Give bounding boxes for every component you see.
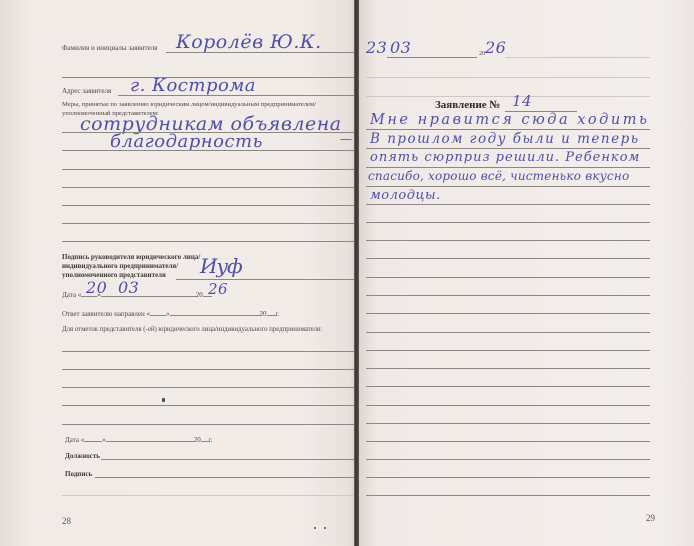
rule (366, 477, 650, 478)
right-date-year[interactable]: 26 (485, 38, 506, 57)
rule (366, 258, 650, 259)
date-2-row: Дата «»20г. (65, 434, 213, 445)
applicant-address-value[interactable]: г. Кострома (130, 75, 256, 96)
book-spine (354, 0, 359, 546)
date-2-year-prefix: 20 (194, 436, 201, 444)
ink-speck (314, 527, 316, 529)
rule (62, 369, 354, 370)
notes-label: Для отметок представителя (-ей) юридичес… (62, 325, 322, 334)
measures-dash: — (340, 132, 353, 146)
date-2-suffix: г. (209, 436, 213, 444)
rule (366, 350, 650, 351)
rule (366, 386, 650, 387)
statement-title: Заявление № (435, 99, 500, 111)
rule (366, 423, 650, 424)
reply-sent-year-prefix: 20 (260, 310, 267, 318)
applicant-name-label: Фамилия и инициалы заявителя (62, 44, 157, 53)
rule (62, 150, 354, 151)
rule (366, 77, 650, 78)
signature-rule (95, 477, 354, 478)
signature-block-label-line1: Подпись руководителя юридического лица/ (62, 253, 200, 262)
rule (62, 495, 354, 496)
date-1-month[interactable]: 03 (118, 278, 139, 297)
applicant-name-value[interactable]: Королёв Ю.К. (176, 31, 322, 53)
statement-text-line[interactable]: В прошлом году были и теперь (370, 131, 640, 147)
date-1-label: Дата « (62, 291, 81, 299)
signature-block-rule (176, 279, 354, 280)
date-2-label: Дата « (65, 436, 84, 444)
reply-sent-label: Ответ заявителю направлен « (62, 310, 150, 318)
right-page (358, 0, 694, 546)
rule (366, 277, 650, 278)
ink-speck (324, 527, 326, 529)
position-label: Должность (65, 452, 100, 461)
rule (62, 169, 354, 170)
rule (62, 424, 354, 425)
rule (366, 129, 650, 130)
statement-number[interactable]: 14 (512, 92, 532, 110)
statement-text-line[interactable]: спасибо, хорошо всё, чистенько вкусно (368, 169, 629, 183)
rule (62, 405, 354, 406)
statement-text-line[interactable]: молодцы. (370, 188, 441, 203)
rule (366, 222, 650, 223)
rule (366, 332, 650, 333)
rule (366, 313, 650, 314)
rule (62, 205, 354, 206)
rule (366, 295, 650, 296)
right-date-month[interactable]: 03 (390, 38, 411, 57)
rule (366, 204, 650, 205)
ink-speck (162, 398, 165, 402)
statement-text-line[interactable]: опять сюрприз решили. Ребенком (370, 150, 640, 165)
page-number-left: 28 (62, 516, 71, 526)
date-1-year-prefix: 20 (196, 291, 203, 299)
position-rule (101, 459, 354, 460)
statement-text-line[interactable]: Мне нравится сюда ходить (370, 112, 649, 128)
rule (505, 57, 650, 58)
rule (62, 241, 354, 242)
applicant-address-label: Адрес заявителя (62, 87, 111, 96)
rule (366, 148, 650, 149)
page-number-right: 29 (646, 513, 655, 523)
signature-block-label-line3: уполномоченного представителя (62, 271, 166, 280)
measures-label-line1: Меры, принятые по заявлению юридическим … (62, 100, 316, 109)
reply-sent-row: Ответ заявителю направлен «»20г. (62, 308, 279, 319)
reply-sent-suffix: г. (276, 310, 280, 318)
signature-block-label-line2: индивидуального предпринимателя/ (62, 262, 178, 271)
rule (62, 187, 354, 188)
rule (366, 240, 650, 241)
rule (366, 495, 650, 496)
date-1-year[interactable]: 26 (208, 280, 228, 298)
rule (62, 387, 354, 388)
rule (62, 351, 354, 352)
measures-value-line2[interactable]: благодарность (110, 131, 263, 152)
rule (366, 459, 650, 460)
signature-block-signature[interactable]: Иуф (200, 254, 242, 278)
rule (366, 368, 650, 369)
rule (366, 441, 650, 442)
rule (366, 405, 650, 406)
date-1-day[interactable]: 20 (86, 278, 107, 297)
right-date-rule (387, 57, 477, 58)
rule (62, 223, 354, 224)
rule (366, 186, 650, 187)
rule (366, 96, 650, 97)
signature-label: Подпись (65, 470, 92, 479)
rule (366, 167, 650, 168)
right-date-day[interactable]: 23 (366, 38, 387, 57)
